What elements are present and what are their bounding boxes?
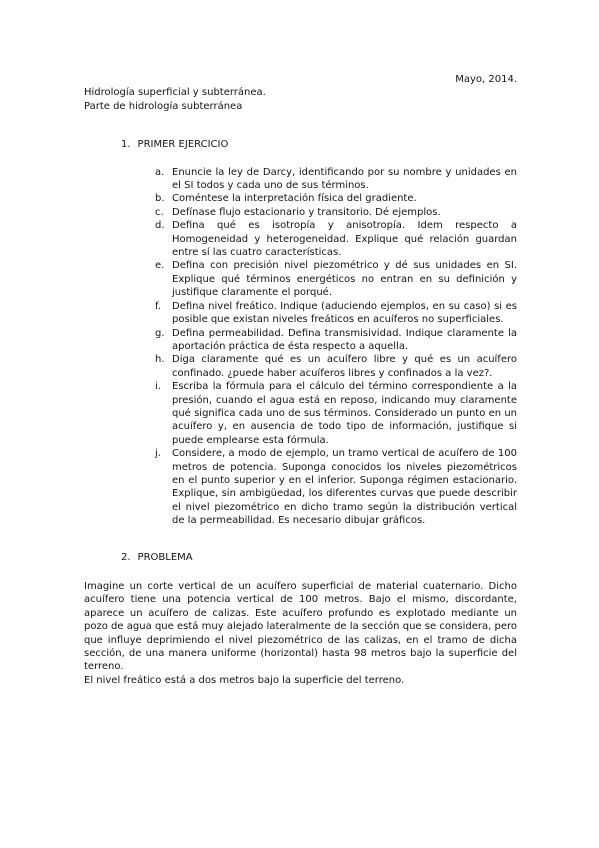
section-2-title: PROBLEMA <box>138 551 193 564</box>
section-1-heading: 1. PRIMER EJERCICIO <box>121 138 517 151</box>
item-text: Coméntese la interpretación física del g… <box>172 192 517 205</box>
item-text: Considere, a modo de ejemplo, un tramo v… <box>172 447 517 527</box>
problem-paragraph: Imagine un corte vertical de un acuífero… <box>84 580 517 674</box>
item-letter: f. <box>155 300 172 327</box>
list-item-e: e. Defina con precisión nivel piezométri… <box>84 259 517 299</box>
item-letter: e. <box>155 259 172 299</box>
document-date: Mayo, 2014. <box>84 73 517 86</box>
item-text: Enuncie la ley de Darcy, identificando p… <box>172 166 517 193</box>
item-text: Defina nivel freático. Indique (aduciend… <box>172 300 517 327</box>
item-text: Defínase flujo estacionario y transitori… <box>172 206 517 219</box>
list-item-g: g. Defina permeabilidad. Defina transmis… <box>84 327 517 354</box>
list-item-c: c. Defínase flujo estacionario y transit… <box>84 206 517 219</box>
section-2-heading: 2. PROBLEMA <box>121 551 517 564</box>
item-letter: g. <box>155 327 172 354</box>
list-item-j: j. Considere, a modo de ejemplo, un tram… <box>84 447 517 527</box>
item-letter: j. <box>155 447 172 527</box>
list-item-d: d. Defina qué es isotropía y anisotropía… <box>84 219 517 259</box>
item-text: Escriba la fórmula para el cálculo del t… <box>172 380 517 447</box>
section-1-title: PRIMER EJERCICIO <box>138 138 229 151</box>
item-letter: b. <box>155 192 172 205</box>
item-letter: i. <box>155 380 172 447</box>
list-item-f: f. Defina nivel freático. Indique (aduci… <box>84 300 517 327</box>
section-2-number: 2. <box>121 551 131 564</box>
list-item-i: i. Escriba la fórmula para el cálculo de… <box>84 380 517 447</box>
item-letter: c. <box>155 206 172 219</box>
item-text: Defina permeabilidad. Defina transmisivi… <box>172 327 517 354</box>
problem-paragraph-final-line: El nivel freático está a dos metros bajo… <box>84 674 517 687</box>
exercise-list: a. Enuncie la ley de Darcy, identificand… <box>84 166 517 528</box>
document-subtitle-1: Hidrología superficial y subterránea. <box>84 86 517 99</box>
item-letter: a. <box>155 166 172 193</box>
document-subtitle-2: Parte de hidrología subterránea <box>84 100 517 113</box>
list-item-h: h. Diga claramente qué es un acuífero li… <box>84 353 517 380</box>
document-page: Mayo, 2014. Hidrología superficial y sub… <box>0 0 599 848</box>
list-item-a: a. Enuncie la ley de Darcy, identificand… <box>84 166 517 193</box>
section-1-number: 1. <box>121 138 131 151</box>
item-text: Defina qué es isotropía y anisotropía. I… <box>172 219 517 259</box>
item-letter: d. <box>155 219 172 259</box>
item-text: Defina con precisión nivel piezométrico … <box>172 259 517 299</box>
item-letter: h. <box>155 353 172 380</box>
list-item-b: b. Coméntese la interpretación física de… <box>84 192 517 205</box>
item-text: Diga claramente qué es un acuífero libre… <box>172 353 517 380</box>
